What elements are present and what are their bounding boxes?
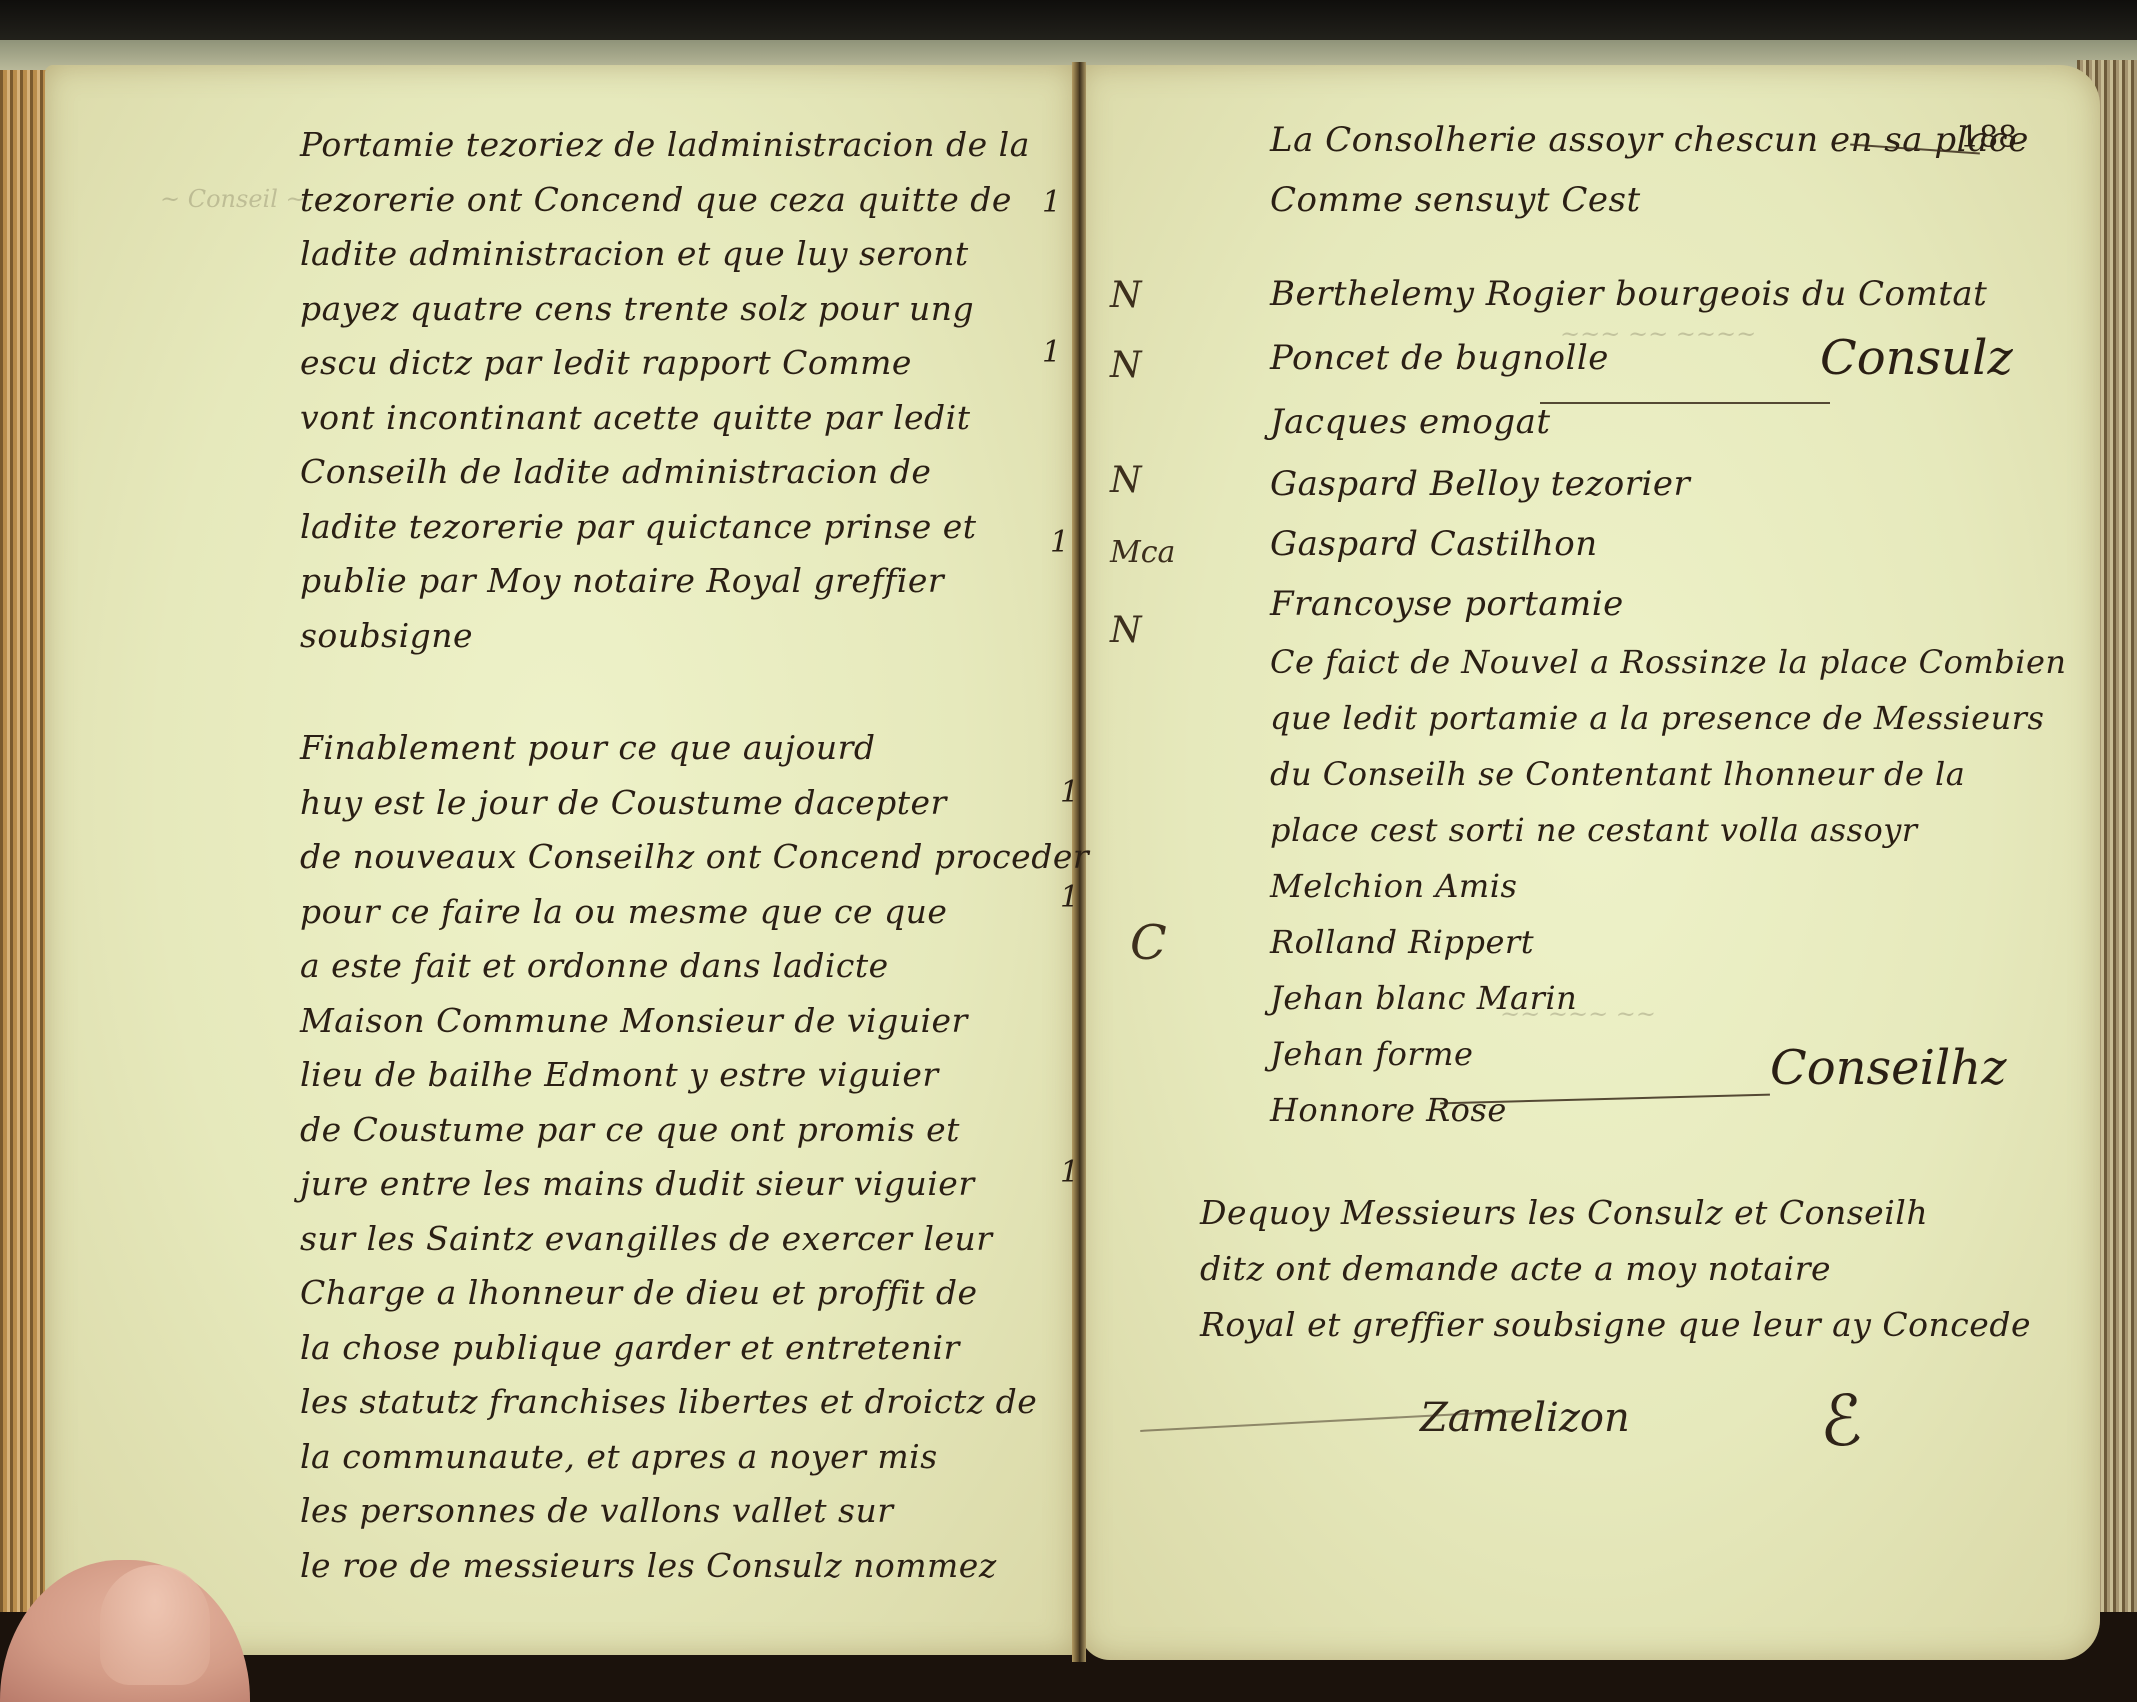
note-line: du Conseilh se Contentant lhonneur de la: [1270, 746, 2070, 802]
text-line: publie par Moy notaire Royal greffier: [300, 554, 1060, 609]
list-item: Francoyse portamie: [1270, 574, 2070, 634]
councillor-name: Rolland Rippert: [1270, 923, 1534, 961]
margin-marker: C: [1130, 915, 1167, 971]
paraph-flourish-icon: ℰ: [1820, 1380, 1862, 1462]
councillors-label: Conseilhz: [1770, 1040, 2006, 1096]
margin-tick: 1: [1042, 185, 1062, 220]
notary-signature: Zamelizon: [1420, 1395, 1630, 1441]
text-line: payez quatre cens trente solz pour ung: [300, 282, 1060, 337]
margin-marker: Mca: [1110, 535, 1175, 570]
text-line: tezorerie ont Concend que ceza quitte de: [300, 173, 1060, 228]
margin-tick: 1: [1060, 775, 1080, 810]
text-line: soubsigne: [300, 609, 1060, 664]
text-line: les personnes de vallons vallet sur: [300, 1484, 1060, 1539]
council-list: Berthelemy Rogier bourgeois du Comtat Po…: [1270, 262, 2070, 1138]
text-line: ladite administracion et que luy seront: [300, 227, 1060, 282]
margin-marker: N: [1110, 460, 1142, 501]
councillor-name: Jehan forme: [1270, 1035, 1473, 1073]
text-line: a este fait et ordonne dans ladicte: [300, 939, 1060, 994]
text-line: Dequoy Messieurs les Consulz et Conseilh: [1200, 1185, 2060, 1241]
text-line: de nouveaux Conseilhz ont Concend proced…: [300, 830, 1060, 885]
treasurer-name: Gaspard Belloy tezorier: [1270, 464, 1690, 504]
text-line: Charge a lhonneur de dieu et proffit de: [300, 1266, 1060, 1321]
councillor-name: Melchion Amis: [1270, 867, 1517, 905]
text-line: Conseilh de ladite administracion de: [300, 445, 1060, 500]
thumb-nail: [100, 1565, 210, 1685]
list-item: Berthelemy Rogier bourgeois du Comtat: [1270, 262, 2070, 326]
councillor-name: Honnore Rose: [1270, 1091, 1507, 1129]
margin-tick: 1: [1042, 335, 1062, 370]
list-item: Jacques emogat: [1270, 390, 2070, 454]
list-item: Gaspard Castilhon: [1270, 514, 2070, 574]
consul-name: Poncet de bugnolle: [1270, 338, 1609, 378]
margin-tick: 1: [1050, 525, 1070, 560]
bracket-rule: [1540, 402, 1830, 404]
consul-name: Berthelemy Rogier bourgeois du Comtat: [1270, 274, 1987, 314]
text-line: Portamie tezoriez de ladministracion de …: [300, 118, 1060, 173]
note-line: Ce faict de Nouvel a Rossinze la place C…: [1270, 634, 2070, 690]
text-line: huy est le jour de Coustume dacepter: [300, 776, 1060, 831]
text-line: La Consolherie assoyr chescun en sa plac…: [1270, 110, 2030, 170]
text-line: la chose publique garder et entretenir: [300, 1321, 1060, 1376]
text-line: pour ce faire la ou mesme que ce que: [300, 885, 1060, 940]
entry-name: Francoyse portamie: [1270, 584, 1624, 624]
text-line: le roe de messieurs les Consulz nommez: [300, 1539, 1060, 1594]
margin-marker: N: [1110, 610, 1142, 651]
consuls-label: Consulz: [1820, 330, 2013, 386]
text-line: ditz ont demande acte a moy notaire: [1200, 1241, 2060, 1297]
consul-name: Jacques emogat: [1270, 402, 1551, 442]
text-line: lieu de bailhe Edmont y estre viguier: [300, 1048, 1060, 1103]
margin-marker: N: [1110, 275, 1142, 316]
closing-attestation: Dequoy Messieurs les Consulz et Conseilh…: [1200, 1185, 2060, 1353]
text-line: la communaute, et apres a noyer mis: [300, 1430, 1060, 1485]
text-line: vont incontinant acette quitte par ledit: [300, 391, 1060, 446]
text-line: escu dictz par ledit rapport Comme: [300, 336, 1060, 391]
text-line: les statutz franchises libertes et droic…: [300, 1375, 1060, 1430]
left-page-text: Portamie tezoriez de ladministracion de …: [300, 118, 1060, 1593]
entry-name: Gaspard Castilhon: [1270, 524, 1598, 564]
margin-tick: 1: [1060, 880, 1080, 915]
text-line: Comme sensuyt Cest: [1270, 170, 2030, 230]
text-line: jure entre les mains dudit sieur viguier: [300, 1157, 1060, 1212]
list-item: Rolland Rippert: [1270, 914, 2070, 970]
text-line: de Coustume par ce que ont promis et: [300, 1103, 1060, 1158]
note-line: que ledit portamie a la presence de Mess…: [1270, 690, 2070, 746]
margin-tick: 1: [1060, 1155, 1080, 1190]
note-line: place cest sorti ne cestant volla assoyr: [1270, 802, 2070, 858]
text-line: Royal et greffier soubsigne que leur ay …: [1200, 1297, 2060, 1353]
text-line: ladite tezorerie par quictance prinse et: [300, 500, 1060, 555]
margin-marker: N: [1110, 345, 1142, 386]
text-line: Maison Commune Monsieur de viguier: [300, 994, 1060, 1049]
right-page-header: La Consolherie assoyr chescun en sa plac…: [1270, 110, 2030, 230]
bleed-through-text: ~ Conseil ~: [160, 185, 306, 213]
councillor-name: Jehan blanc Marin: [1270, 979, 1577, 1017]
text-line: sur les Saintz evangilles de exercer leu…: [300, 1212, 1060, 1267]
list-item: Gaspard Belloy tezorier: [1270, 454, 2070, 514]
list-item: Melchion Amis: [1270, 858, 2070, 914]
list-item: Jehan blanc Marin: [1270, 970, 2070, 1026]
text-line: Finablement pour ce que aujourd: [300, 721, 1060, 776]
